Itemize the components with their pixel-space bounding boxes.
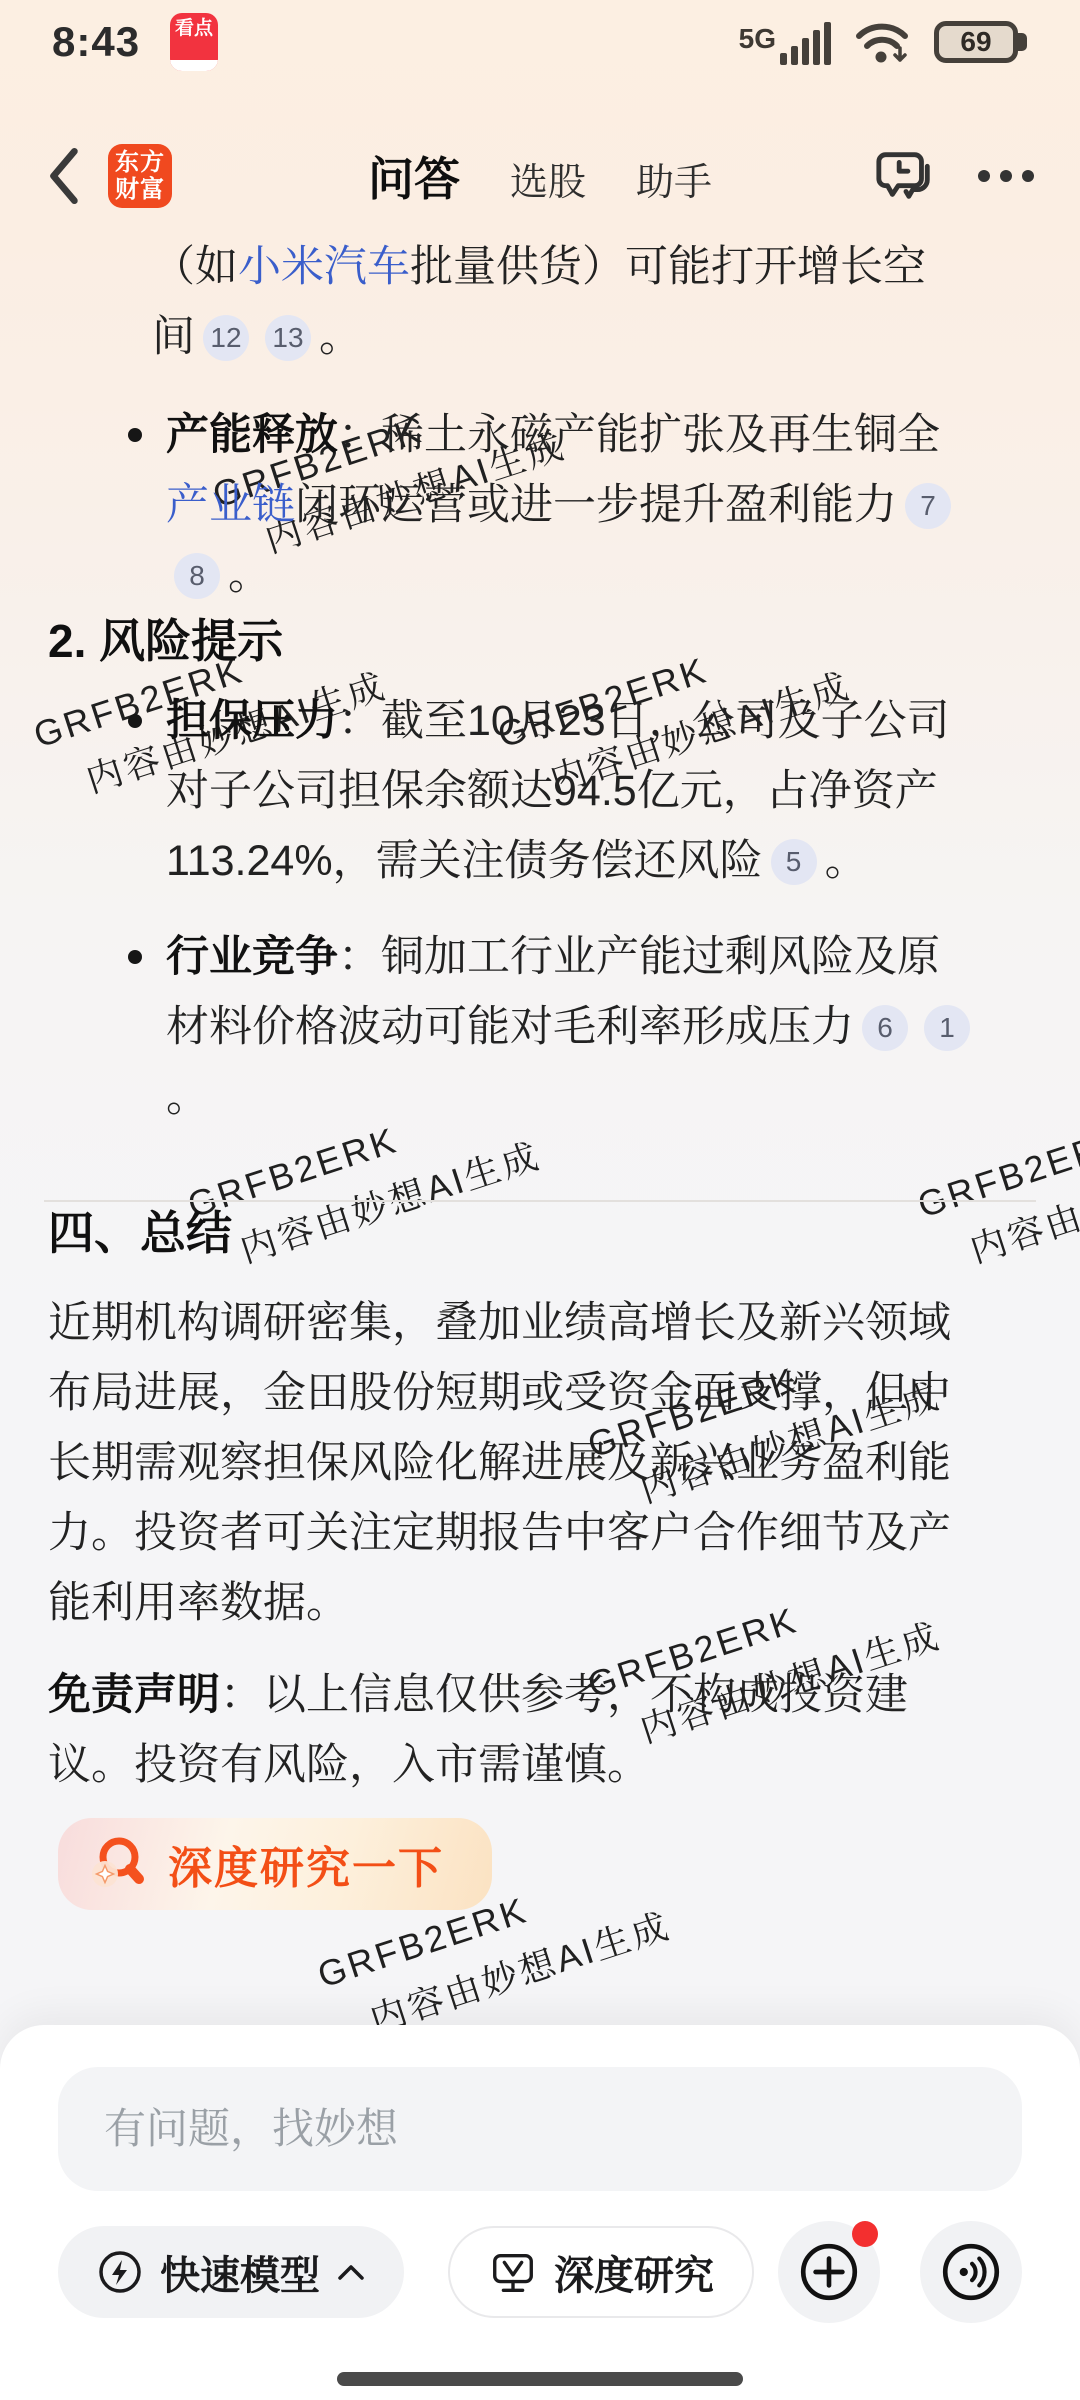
chat-history-icon[interactable] (874, 145, 936, 207)
answer-body: （如小米汽车批量供货）可能打开增长空 间1213。 产能释放：稀土永磁产能扩张及… (0, 232, 1080, 1917)
citation-badge[interactable]: 12 (203, 315, 249, 361)
back-icon[interactable] (44, 145, 82, 207)
citation-badge[interactable]: 8 (174, 553, 220, 599)
magnifier-sparkle-icon (88, 1832, 152, 1896)
bullet-dot (128, 714, 142, 728)
bullet-dot (128, 428, 142, 442)
citation-badge[interactable]: 7 (905, 483, 951, 529)
battery-icon: 69 (934, 21, 1018, 63)
bullet-continuation: （如小米汽车批量供货）可能打开增长空 间1213。 (152, 232, 1040, 372)
bullet-dot (128, 950, 142, 964)
wifi-icon (854, 18, 912, 66)
home-indicator[interactable] (337, 2372, 743, 2386)
deep-research-toggle-button[interactable]: 深度研究 (448, 2226, 754, 2318)
citation-badge[interactable]: 13 (265, 315, 311, 361)
model-selector-button[interactable]: 快速模型 (58, 2226, 404, 2318)
monitor-pulse-icon (488, 2247, 538, 2297)
entity-link-xiaomi-auto[interactable]: 小米汽车 (238, 243, 410, 291)
signal-bars-icon (780, 19, 832, 65)
bullet-capacity-release: 产能释放：稀土永磁产能扩张及再生铜全 产业链闭环运营或进一步提升盈利能力7 8。 (128, 400, 1040, 610)
citation-badge[interactable]: 1 (924, 1005, 970, 1051)
citation-badge[interactable]: 5 (771, 839, 817, 885)
disclaimer-paragraph: 免责声明：以上信息仅供参考，不构成投资建 议。投资有风险，入市需谨慎。 (48, 1660, 1040, 1800)
plus-icon (796, 2239, 862, 2305)
entity-link-industry-chain[interactable]: 产业链 (166, 481, 295, 529)
notification-dot (852, 2221, 878, 2247)
chevron-up-icon (336, 2262, 366, 2282)
kandian-notification-icon: 看点 (170, 13, 218, 71)
eastmoney-logo[interactable]: 东方 财富 (108, 144, 172, 208)
bullet-guarantee-pressure: 担保压力：截至10月23日，公司及子公司 对子公司担保余额达94.5亿元，占净资… (128, 686, 1040, 896)
cellular-signal-icon: 5G (739, 19, 832, 65)
tab-stock-pick[interactable]: 选股 (510, 151, 586, 206)
app-header: 东方 财富 问答 选股 助手 (0, 128, 1080, 224)
composer-sheet: 快速模型 深度研究 (0, 2025, 1080, 2400)
voice-wave-icon (938, 2239, 1004, 2305)
voice-input-button[interactable] (920, 2221, 1022, 2323)
status-bar: 8:43 看点 5G 6 (0, 12, 1080, 72)
risk-section-heading: 2. 风险提示 (48, 610, 1080, 672)
citation-badge[interactable]: 6 (862, 1005, 908, 1051)
clock: 8:43 (52, 18, 140, 66)
tab-assistant[interactable]: 助手 (636, 151, 712, 206)
summary-section-heading: 四、总结 (48, 1202, 1080, 1264)
add-attachment-button[interactable] (778, 2221, 880, 2323)
summary-paragraph: 近期机构调研密集，叠加业绩高增长及新兴领域 布局进展，金田股份短期或受资金面支撑… (48, 1288, 1040, 1638)
qa-screen: GRFB2ERK内容由妙想AI生成 GRFB2ERK内容由妙想AI生成 GRFB… (0, 0, 1080, 2400)
bullet-industry-competition: 行业竞争：铜加工行业产能过剩风险及原 材料价格波动可能对毛利率形成压力61 。 (128, 922, 1040, 1132)
header-tabs: 问答 选股 助手 (368, 143, 712, 209)
deep-research-cta-button[interactable]: 深度研究一下 (58, 1818, 492, 1910)
tab-qa[interactable]: 问答 (368, 143, 460, 209)
more-icon[interactable] (976, 166, 1036, 186)
message-input[interactable] (58, 2067, 1022, 2191)
lightning-icon (96, 2248, 144, 2296)
